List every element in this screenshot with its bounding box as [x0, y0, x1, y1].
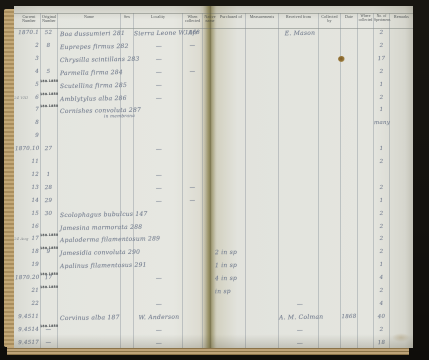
ledger-photo: Current Number Original Number Name Sex … — [0, 0, 429, 360]
entry-loc: W. Anderson — [134, 313, 184, 321]
entry-cur: 1870.20 — [15, 275, 39, 281]
entry-num: 2 — [374, 327, 389, 333]
entry-loc: — — [134, 275, 184, 283]
entry-stamp: 180.1880 — [40, 272, 58, 276]
entry-loc: — — [134, 42, 184, 50]
entry-recd: E. Mason — [279, 30, 321, 38]
entry-when: — — [183, 185, 202, 191]
entry-num: 2 — [374, 223, 389, 229]
entry-cur: 9.4514 — [15, 326, 39, 332]
entry-num: 2 — [374, 69, 389, 75]
entry-num: 2 — [374, 43, 389, 49]
entry-cur: 2 — [15, 43, 39, 49]
entry-loc: — — [134, 184, 184, 192]
entry-cur: 18 — [15, 249, 39, 255]
entry-pres: in sp — [215, 288, 245, 296]
entry-loc: Sierra Leone W. Afr — [134, 30, 184, 38]
entry-num: many — [374, 120, 389, 126]
entry-cur: 13 — [15, 185, 39, 191]
entry-loc: — — [134, 300, 184, 308]
entry-loc: — — [134, 55, 184, 63]
entry-when: 1868 — [183, 30, 202, 36]
book-gutter — [203, 6, 217, 348]
entry-num: 2 — [374, 30, 389, 36]
entry-num: 2 — [374, 159, 389, 165]
foxing-spot — [338, 56, 345, 62]
entry-cur: 17 — [15, 236, 39, 242]
entry-cur: 14 — [15, 197, 39, 203]
entry-name: Jamesina marmorata 288 — [60, 222, 185, 231]
entry-num: 4 — [374, 275, 389, 281]
open-pages: Current Number Original Number Name Sex … — [14, 6, 413, 348]
entry-num: 40 — [374, 314, 389, 320]
entry-num: 4 — [374, 301, 389, 307]
entry-loc: — — [134, 326, 184, 334]
entry-num: 1 — [374, 146, 389, 152]
entry-cur: 9.4511 — [15, 314, 39, 320]
entry-loc: — — [134, 197, 184, 205]
entry-pres: 4 in sp — [215, 275, 245, 283]
entry-stamp: 180.1880 — [40, 324, 58, 328]
entry-cur: 19 — [15, 262, 39, 268]
entry-num: 2 — [374, 249, 389, 255]
entry-name: Jamesidia convoluta 290 — [60, 248, 185, 257]
entry-cur: 12 — [15, 172, 39, 178]
entry-cur: 9.4517 — [15, 339, 39, 345]
entry-cur: 7 — [15, 107, 39, 113]
entry-loc: — — [134, 94, 184, 102]
entry-loc: — — [134, 146, 184, 154]
entry-orig: 28 — [41, 185, 56, 191]
entry-num: 18 — [374, 339, 389, 345]
entry-when: — — [183, 43, 202, 49]
entry-pres: 1 in sp — [215, 262, 245, 270]
entry-stamp: 180.1880 — [40, 91, 58, 95]
entry-stamp: 180.1880 — [40, 233, 58, 237]
entry-cur: 6 — [15, 94, 39, 100]
entry-cur: 1870.1 — [15, 30, 39, 36]
entry-num: 1 — [374, 107, 389, 113]
entry-loc: — — [134, 171, 184, 179]
entry-cur: 4 — [15, 68, 39, 74]
entry-orig: 29 — [41, 198, 56, 204]
entry-recd: — — [279, 326, 321, 334]
entry-num: 2 — [374, 288, 389, 294]
paper-smudge — [392, 333, 410, 342]
entry-cur: 5 — [15, 81, 39, 87]
entry-name: Apalinus filamentosus 291 — [60, 261, 185, 270]
entry-cur: 16 — [15, 223, 39, 229]
entry-orig: 5 — [41, 69, 56, 75]
entry-recd: A. M. Colman — [279, 313, 321, 321]
book-page-edge-bottom — [7, 347, 409, 355]
entry-num: 1 — [374, 262, 389, 268]
entry-stamp: 180.1880 — [40, 104, 58, 108]
entry-stamp: 180.1880 — [40, 246, 58, 250]
entry-orig: 52 — [41, 30, 56, 36]
entry-cur: 21 — [15, 288, 39, 294]
entry-when: — — [183, 198, 202, 204]
entry-num: 2 — [374, 210, 389, 216]
entry-num: 2 — [374, 94, 389, 100]
entry-name2: in membrana — [104, 113, 164, 119]
entry-cur: 15 — [15, 210, 39, 216]
entry-cur: 8 — [15, 120, 39, 126]
entry-date: 1868 — [341, 314, 357, 320]
entry-cur: 3 — [15, 56, 39, 62]
entry-cur: 22 — [15, 301, 39, 307]
entry-cur: 9 — [15, 133, 39, 139]
entry-orig: 30 — [41, 210, 56, 216]
entry-recd: — — [279, 301, 321, 309]
entry-orig: 8 — [41, 43, 56, 49]
entry-stamp: 180.1880 — [40, 285, 58, 289]
entry-orig: 1 — [41, 172, 56, 178]
entry-num: 2 — [374, 185, 389, 191]
entry-loc: — — [134, 81, 184, 89]
entry-name: Scolophagus bubulcus 147 — [60, 210, 185, 219]
entry-loc: — — [134, 68, 184, 76]
entry-loc: — — [134, 339, 184, 347]
entry-when: — — [183, 69, 202, 75]
entry-name: Apaloderma filamentosum 289 — [60, 235, 185, 244]
entry-pres: 2 in sp — [215, 249, 245, 257]
entry-stamp: 180.1880 — [40, 78, 58, 82]
entry-num: 1 — [374, 198, 389, 204]
entry-num: 1 — [374, 81, 389, 87]
entry-num: 17 — [374, 56, 389, 62]
entry-cur: 11 — [15, 159, 39, 165]
entry-num: 2 — [374, 236, 389, 242]
entry-recd: — — [279, 339, 321, 347]
entry-cur: 1870.10 — [15, 146, 39, 152]
book-page-edge-left — [4, 9, 14, 347]
entry-orig: — — [41, 339, 56, 345]
entry-orig: 27 — [41, 146, 56, 152]
